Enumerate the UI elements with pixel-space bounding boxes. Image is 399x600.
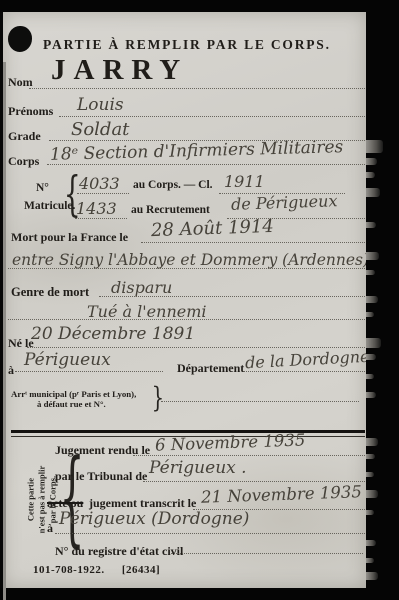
scanned-record-card: PARTIE À REMPLIR PAR LE CORPS. Nom JARRY…: [0, 0, 399, 600]
page-edge-mark: [366, 454, 375, 459]
dotted-line: [55, 533, 365, 534]
form-header: PARTIE À REMPLIR PAR LE CORPS.: [43, 37, 328, 53]
tribunal-label: par le Tribunal de: [55, 469, 147, 484]
transcrit-lieu-value: Périgueux (Dordogne): [59, 509, 249, 529]
transcrit-value: 21 Novembre 1935: [201, 482, 362, 507]
scan-border-top: [0, 0, 399, 12]
footer-code: 101-708-1922.: [33, 564, 105, 576]
dotted-line: [161, 401, 359, 402]
arrondissement-brace: }: [152, 384, 164, 412]
dotted-line: [59, 116, 365, 117]
register-spine: [366, 0, 399, 600]
genre-mort-value: disparu: [111, 278, 172, 297]
lieu-naissance-value: Périgueux: [24, 350, 111, 370]
page-edge-mark: [366, 558, 374, 563]
page-edge-mark: [366, 158, 377, 165]
matricule-corps-suffix: au Corps. — Cl.: [133, 179, 213, 191]
dotted-line: [15, 371, 163, 372]
prenoms-label: Prénoms: [8, 104, 53, 119]
matricule-recrutement-label: au Recrutement: [131, 204, 210, 216]
dotted-line: [77, 193, 129, 194]
dotted-line: [133, 455, 365, 456]
dotted-line: [99, 296, 365, 297]
dotted-line: [8, 268, 365, 269]
dotted-line: [75, 218, 127, 219]
footer-print-code: 101-708-1922. [26434]: [33, 564, 160, 576]
matricule-recrutement-value: de Périgueux: [231, 191, 338, 214]
page-edge-mark: [366, 188, 380, 197]
side-note-line: Cette partie: [25, 441, 36, 559]
transcrit-lieu-label: à: [47, 521, 53, 536]
punch-hole: [8, 26, 32, 52]
dotted-line: [27, 347, 365, 348]
page-edge-mark: [366, 510, 374, 515]
side-note-line: n'est pas à remplir: [36, 441, 47, 559]
registre-label: N° du registre d'état civil: [55, 544, 183, 559]
page-edge-mark: [366, 540, 376, 546]
grade-label: Grade: [8, 129, 41, 144]
arrondissement-label-line1: Arrᵗ municipal (pʳ Paris et Lyon),: [11, 389, 136, 399]
tribunal-value: Périgueux .: [149, 458, 247, 478]
departement-value: de la Dordogne: [245, 347, 370, 372]
grade-value: Soldat: [71, 119, 129, 140]
arrondissement-label-line2: à défaut rue et N°.: [37, 399, 106, 409]
dotted-line: [143, 481, 365, 482]
genre-mort-label: Genre de mort: [11, 285, 89, 300]
nom-value: JARRY: [51, 54, 188, 87]
page-left-edge: [3, 62, 6, 600]
dotted-line: [243, 371, 365, 372]
page-edge-mark: [366, 296, 378, 303]
page-edge-mark: [366, 172, 375, 178]
matricule-corps-number: 4033: [79, 174, 120, 193]
dotted-line: [47, 164, 365, 165]
prenoms-value: Louis: [77, 95, 124, 115]
dotted-line: [8, 319, 365, 320]
page-edge-mark: [366, 438, 378, 446]
record-card-paper: PARTIE À REMPLIR PAR LE CORPS. Nom JARRY…: [3, 12, 366, 588]
dotted-line: [29, 88, 365, 89]
mort-value: 28 Août 1914: [151, 216, 274, 241]
departement-label: Département: [177, 361, 244, 376]
page-edge-mark: [366, 222, 376, 228]
page-edge-mark: [366, 270, 375, 275]
footer-ref: [26434]: [122, 564, 160, 576]
page-edge-mark: [366, 312, 374, 317]
scan-border-bottom: [0, 588, 399, 600]
page-edge-mark: [366, 472, 374, 477]
page-edge-mark: [366, 490, 378, 498]
naissance-value: 20 Décembre 1891: [31, 324, 195, 344]
page-edge-mark: [366, 338, 381, 348]
page-edge-mark: [366, 392, 376, 398]
corps-value: 18ᵉ Section d'Infirmiers Militaires: [50, 137, 344, 165]
mort-label: Mort pour la France le: [11, 230, 128, 245]
page-edge-mark: [366, 374, 374, 379]
matricule-label-line1: N°: [36, 182, 49, 194]
dotted-line: [141, 242, 365, 243]
matricule-recrutement-number: 1433: [76, 199, 117, 218]
lieu-mort-value: entre Signy l'Abbaye et Dommery (Ardenne…: [12, 251, 369, 269]
page-edge-mark: [366, 140, 383, 153]
lieu-naissance-label: à: [8, 363, 14, 378]
page-edge-mark: [366, 252, 379, 260]
matricule-classe: 1911: [224, 172, 265, 191]
naissance-label: Né le: [8, 336, 34, 351]
page-edge-mark: [366, 572, 378, 580]
dotted-line: [171, 553, 363, 554]
page-edge-mark: [366, 354, 376, 360]
jugement-rendu-value: 6 Novembre 1935: [155, 430, 306, 454]
corps-label: Corps: [8, 154, 39, 169]
